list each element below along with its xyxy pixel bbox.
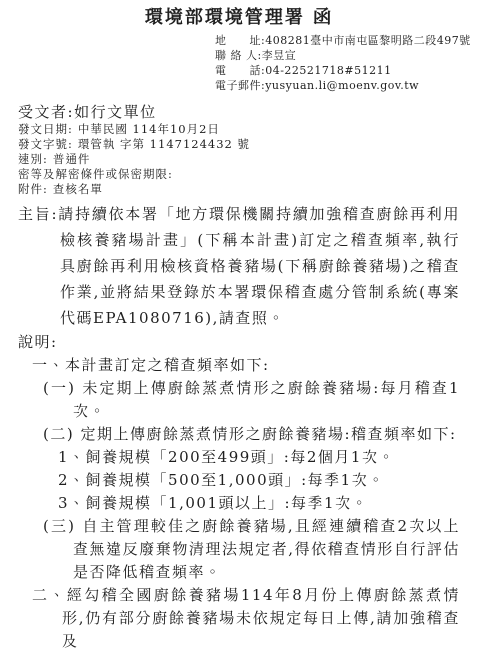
list-item-1-2-1-text: 飼養規模「200至499頭」:每2個月1次。: [86, 448, 395, 466]
explanation-label: 說明:: [18, 331, 460, 354]
document-title: 環境部環境管理署 函: [18, 6, 460, 30]
list-item-1-2-3-number: 3、: [58, 494, 86, 512]
attachment-value: 查核名單: [53, 182, 103, 197]
reference-number-row: 發文字號: 環管執 字第 1147124432 號: [18, 137, 460, 152]
list-item-1-2-text: 定期上傳廚餘蒸煮情形之廚餘養豬場:稽查頻率如下:: [80, 425, 456, 443]
list-item-1-2-2-text: 飼養規模「500至1,000頭」:每季1次。: [86, 471, 385, 489]
list-item-1-1-number: (一): [43, 379, 82, 397]
list-item-2-number: 二、: [32, 586, 67, 604]
list-item-1-2-3: 3、飼養規模「1,001頭以上」:每季1次。: [58, 492, 460, 515]
list-item-1-1: (一) 未定期上傳廚餘蒸煮情形之廚餘養豬場:每月稽查1次。: [43, 377, 460, 423]
list-item-1-number: 一、: [32, 356, 65, 374]
priority-row: 速別: 普通件: [18, 152, 460, 167]
list-item-1-2-number: (二): [43, 425, 80, 443]
recipient-label: 受文者:: [18, 103, 74, 121]
contact-person-value: 李昱宣: [262, 48, 297, 63]
attachment-row: 附件: 查核名單: [18, 182, 460, 197]
subject-paragraph: 主旨:請持續依本署「地方環保機關持續加強稽查廚餘再利用檢核養豬場計畫」(下稱本計…: [18, 201, 460, 331]
classification-row: 密等及解密條件或保密期限:: [18, 167, 460, 182]
list-item-1-3: (三) 自主管理較佳之廚餘養豬場,且經連續稽查2次以上查無違反廢棄物清理法規定者…: [43, 515, 460, 584]
classification-label: 密等及解密條件或保密期限:: [18, 167, 173, 182]
list-item-1-2-2: 2、飼養規模「500至1,000頭」:每季1次。: [58, 469, 460, 492]
recipient-value: 如行文單位: [74, 103, 157, 121]
list-item-1-text: 本計畫訂定之稽查頻率如下:: [65, 356, 270, 374]
list-item-1-1-text: 未定期上傳廚餘蒸煮情形之廚餘養豬場:每月稽查1次。: [73, 379, 460, 420]
list-item-1-2-1: 1、飼養規模「200至499頭」:每2個月1次。: [58, 446, 460, 469]
priority-label: 速別:: [18, 152, 48, 167]
reference-number-label: 發文字號:: [18, 137, 73, 152]
list-item-1-2-3-text: 飼養規模「1,001頭以上」:每季1次。: [86, 494, 369, 512]
contact-person-label: 聯 絡 人:: [215, 48, 262, 63]
list-item-1-3-text: 自主管理較佳之廚餘養豬場,且經連續稽查2次以上查無違反廢棄物清理法規定者,得依稽…: [73, 517, 460, 581]
list-item-1-2-1-number: 1、: [58, 448, 86, 466]
list-item-2-text: 經勾稽全國廚餘養豬場114年8月份上傳廚餘蒸煮情形,仍有部分廚餘養豬場未依規定每…: [62, 586, 460, 649]
issue-date-row: 發文日期: 中華民國 114年10月2日: [18, 122, 460, 137]
contact-phone-value: 04-22521718#51211: [265, 63, 391, 78]
contact-email-row: 電子郵件: yusyuan.li@moenv.gov.tw: [215, 78, 460, 93]
contact-person-row: 聯 絡 人: 李昱宣: [215, 48, 460, 63]
agency-contact-block: 地 址: 408281臺中市南屯區黎明路二段497號 聯 絡 人: 李昱宣 電 …: [215, 33, 460, 93]
reference-number-value: 環管執 字第 1147124432 號: [78, 137, 250, 152]
contact-address-row: 地 址: 408281臺中市南屯區黎明路二段497號: [215, 33, 460, 48]
contact-phone-row: 電 話: 04-22521718#51211: [215, 63, 460, 78]
list-item-1: 一、本計畫訂定之稽查頻率如下:: [32, 354, 460, 377]
letter-meta-block: 發文日期: 中華民國 114年10月2日 發文字號: 環管執 字第 114712…: [18, 122, 460, 197]
contact-phone-label: 電 話:: [215, 63, 265, 78]
list-item-1-3-number: (三): [43, 517, 82, 535]
recipient-line: 受文者:如行文單位: [18, 102, 460, 122]
contact-email-value: yusyuan.li@moenv.gov.tw: [265, 78, 419, 93]
subject-text: 請持續依本署「地方環保機關持續加強稽查廚餘再利用檢核養豬場計畫」(下稱本計畫)訂…: [58, 205, 460, 327]
list-item-2: 二、經勾稽全國廚餘養豬場114年8月份上傳廚餘蒸煮情形,仍有部分廚餘養豬場未依規…: [32, 584, 460, 649]
contact-address-value: 408281臺中市南屯區黎明路二段497號: [265, 33, 471, 48]
issue-date-value: 中華民國 114年10月2日: [78, 122, 220, 137]
contact-address-label: 地 址:: [215, 33, 265, 48]
priority-value: 普通件: [53, 152, 91, 167]
issue-date-label: 發文日期:: [18, 122, 73, 137]
official-letter-page: 環境部環境管理署 函 地 址: 408281臺中市南屯區黎明路二段497號 聯 …: [0, 0, 487, 649]
list-item-1-2: (二) 定期上傳廚餘蒸煮情形之廚餘養豬場:稽查頻率如下:: [43, 423, 460, 446]
attachment-label: 附件:: [18, 182, 48, 197]
contact-email-label: 電子郵件:: [215, 78, 265, 93]
list-item-1-2-2-number: 2、: [58, 471, 86, 489]
subject-label: 主旨:: [18, 205, 58, 223]
